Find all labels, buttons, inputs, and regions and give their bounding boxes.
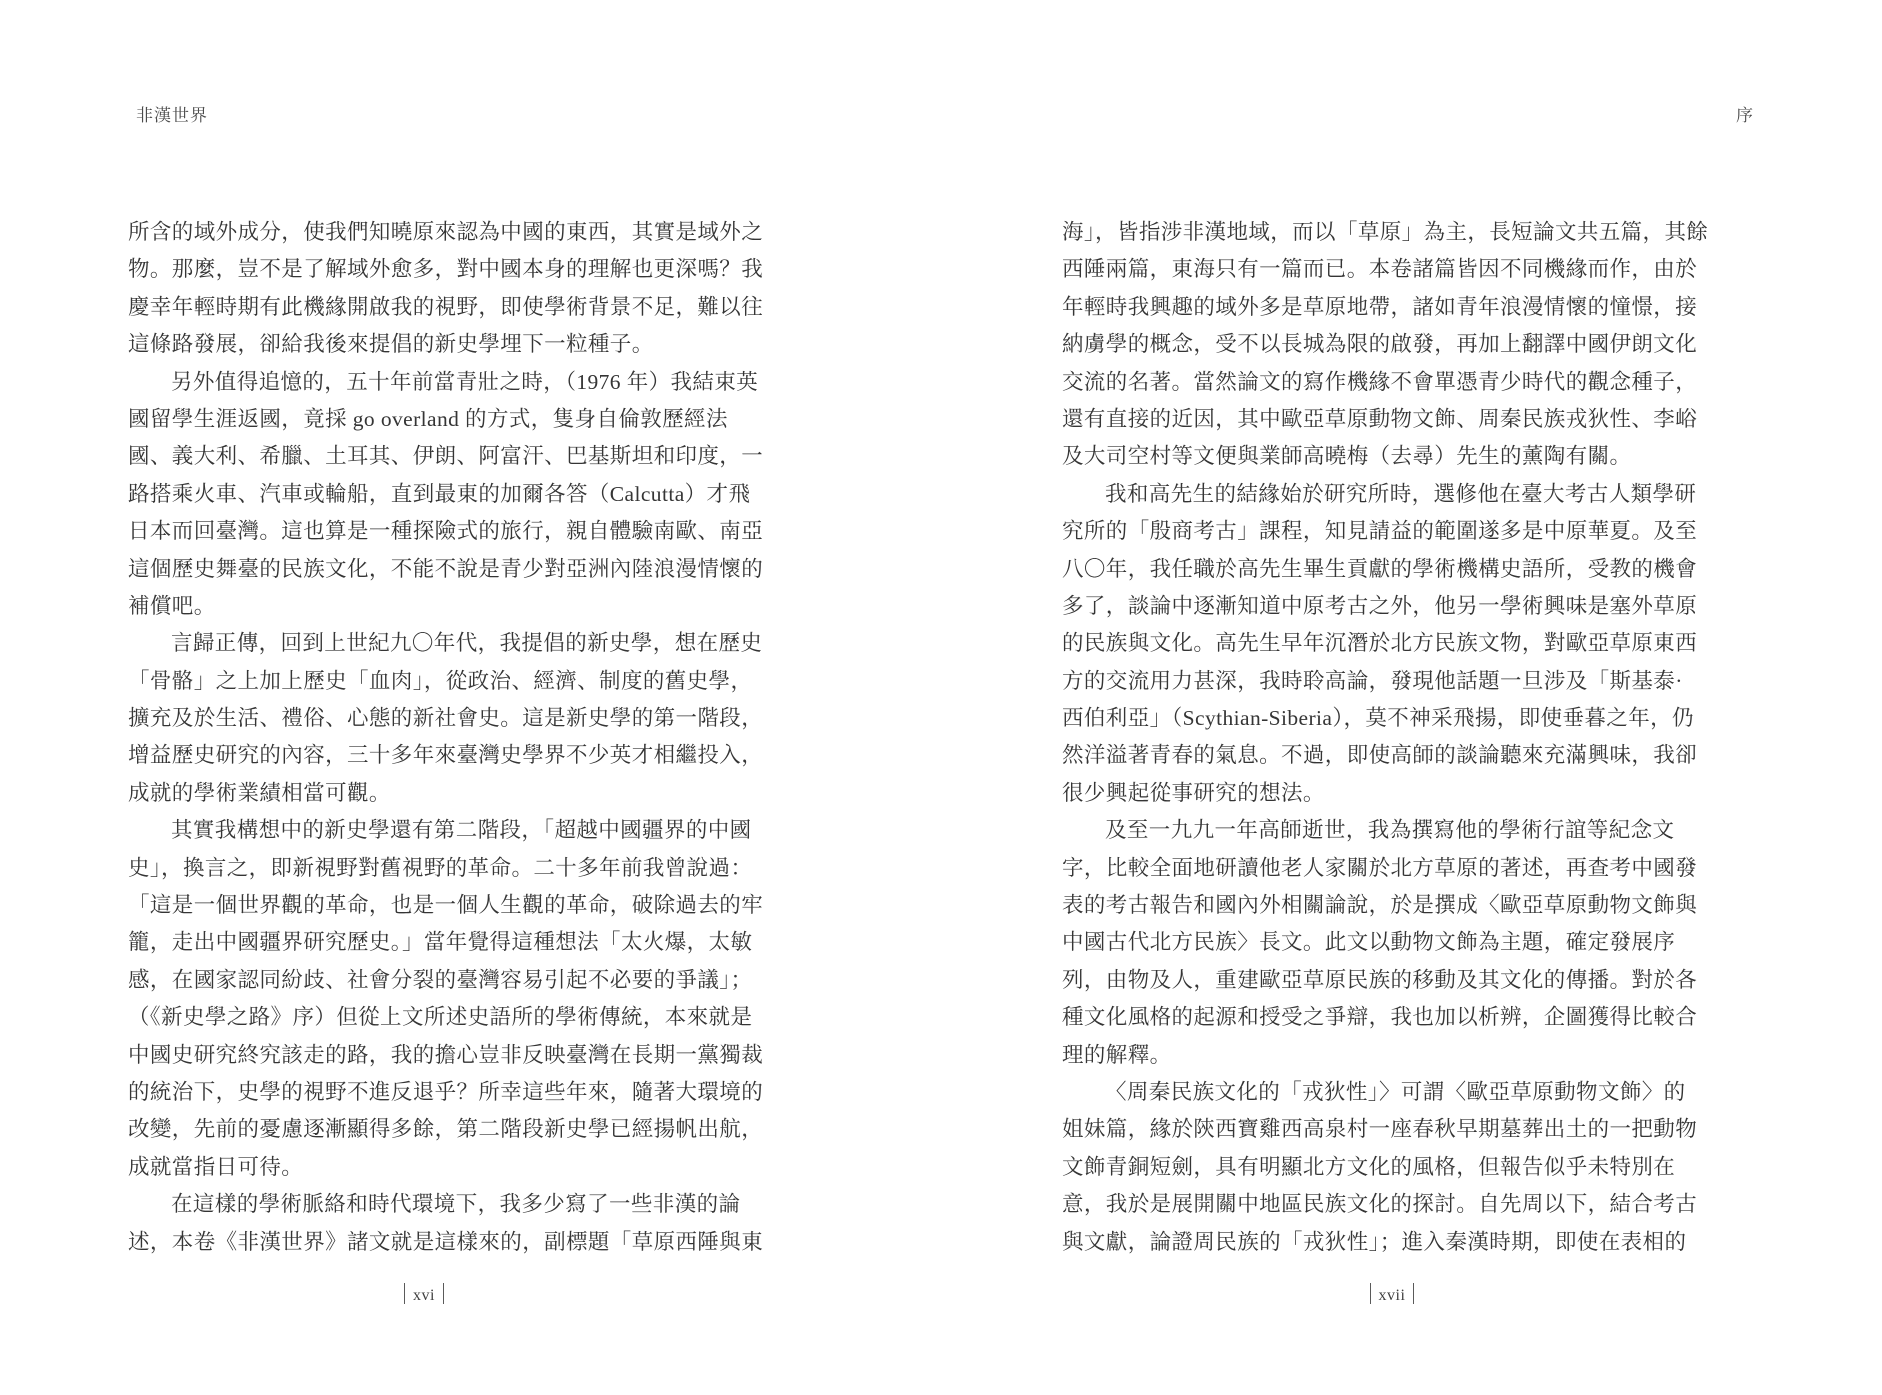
text-line: 補償吧。 [128, 588, 776, 625]
text-line: （《新史學之路》序）但從上文所述史語所的學術傳統，本來就是 [128, 999, 776, 1036]
text-line: 八〇年，我任職於高先生畢生貢獻的學術機構史語所，受教的機會 [1062, 551, 1722, 588]
book-spread: 非漢世界 所含的域外成分，使我們知曉原來認為中國的東西，其實是域外之物。那麼，豈… [0, 0, 1882, 1395]
text-line: 中國古代北方民族〉長文。此文以動物文飾為主題，確定發展序 [1062, 924, 1722, 961]
text-block-right: 海」，皆指涉非漢地域，而以「草原」為主，長短論文共五篇，其餘西陲兩篇，東海只有一… [1062, 214, 1722, 1261]
text-line: 「骨骼」之上加上歷史「血肉」，從政治、經濟、制度的舊史學， [128, 663, 776, 700]
text-line: 交流的名著。當然論文的寫作機緣不會單憑青少時代的觀念種子， [1062, 364, 1722, 401]
running-header-left: 非漢世界 [136, 101, 208, 126]
running-header-right: 序 [1736, 101, 1754, 126]
text-line: 年輕時我興趣的域外多是草原地帶，諸如青年浪漫情懷的憧憬，接 [1062, 289, 1722, 326]
text-line: 列，由物及人，重建歐亞草原民族的移動及其文化的傳播。對於各 [1062, 962, 1722, 999]
folio-number: xvii [1379, 1287, 1406, 1305]
folio-bar-icon [1413, 1283, 1414, 1304]
text-line: 的統治下，史學的視野不進反退乎？所幸這些年來，隨著大環境的 [128, 1074, 776, 1111]
text-line: 及大司空村等文便與業師高曉梅（去尋）先生的薰陶有關。 [1062, 438, 1722, 475]
text-line: 字，比較全面地研讀他老人家關於北方草原的著述，再查考中國發 [1062, 850, 1722, 887]
text-line: 我和高先生的結緣始於研究所時，選修他在臺大考古人類學研 [1062, 476, 1722, 513]
text-line: 然洋溢著青春的氣息。不過，即使高師的談論聽來充滿興味，我卻 [1062, 737, 1722, 774]
text-line: 慶幸年輕時期有此機緣開啟我的視野，即使學術背景不足，難以往 [128, 289, 776, 326]
text-line: 言歸正傳，回到上世紀九〇年代，我提倡的新史學，想在歷史 [128, 625, 776, 662]
text-line: 方的交流用力甚深，我時聆高論，發現他話題一旦涉及「斯基泰· [1062, 663, 1722, 700]
text-line: 國留學生涯返國，竟採 go overland 的方式，隻身自倫敦歷經法 [128, 401, 776, 438]
text-line: 中國史研究終究該走的路，我的擔心豈非反映臺灣在長期一黨獨裁 [128, 1037, 776, 1074]
page-number-right: xvii [1062, 1285, 1722, 1306]
text-line: 成就當指日可待。 [128, 1149, 776, 1186]
text-line: 增益歷史研究的內容，三十多年來臺灣史學界不少英才相繼投入， [128, 737, 776, 774]
text-line: 表的考古報告和國內外相關論說，於是撰成〈歐亞草原動物文飾與 [1062, 887, 1722, 924]
text-line: 海」，皆指涉非漢地域，而以「草原」為主，長短論文共五篇，其餘 [1062, 214, 1722, 251]
folio-bar-icon [1370, 1283, 1371, 1304]
text-line: 文飾青銅短劍，具有明顯北方文化的風格，但報告似乎未特別在 [1062, 1149, 1722, 1186]
text-line: 的民族與文化。高先生早年沉潛於北方民族文物，對歐亞草原東西 [1062, 625, 1722, 662]
folio-bar-icon [404, 1283, 405, 1304]
text-line: 物。那麼，豈不是了解域外愈多，對中國本身的理解也更深嗎？我 [128, 251, 776, 288]
text-line: 這個歷史舞臺的民族文化，不能不說是青少對亞洲內陸浪漫情懷的 [128, 551, 776, 588]
text-line: 姐妹篇，緣於陝西寶雞西高泉村一座春秋早期墓葬出土的一把動物 [1062, 1111, 1722, 1148]
text-line: 很少興起從事研究的想法。 [1062, 775, 1722, 812]
folio-bar-icon [443, 1283, 444, 1304]
text-line: 史」，換言之，即新視野對舊視野的革命。二十多年前我曾說過： [128, 850, 776, 887]
text-line: 及至一九九一年高師逝世，我為撰寫他的學術行誼等紀念文 [1062, 812, 1722, 849]
folio-number: xvi [413, 1287, 435, 1305]
text-line: 其實我構想中的新史學還有第二階段，「超越中國疆界的中國 [128, 812, 776, 849]
text-line: 在這樣的學術脈絡和時代環境下，我多少寫了一些非漢的論 [128, 1186, 776, 1223]
text-line: 擴充及於生活、禮俗、心態的新社會史。這是新史學的第一階段， [128, 700, 776, 737]
text-line: 〈周秦民族文化的「戎狄性」〉可謂〈歐亞草原動物文飾〉的 [1062, 1074, 1722, 1111]
text-line: 述，本卷《非漢世界》諸文就是這樣來的，副標題「草原西陲與東 [128, 1224, 776, 1261]
text-line: 「這是一個世界觀的革命，也是一個人生觀的革命，破除過去的牢 [128, 887, 776, 924]
text-line: 感，在國家認同紛歧、社會分裂的臺灣容易引起不必要的爭議」； [128, 962, 776, 999]
text-line: 多了，談論中逐漸知道中原考古之外，他另一學術興味是塞外草原 [1062, 588, 1722, 625]
text-line: 意，我於是展開關中地區民族文化的探討。自先周以下，結合考古 [1062, 1186, 1722, 1223]
text-line: 究所的「殷商考古」課程，知見請益的範圍遂多是中原華夏。及至 [1062, 513, 1722, 550]
text-line: 這條路發展，卻給我後來提倡的新史學埋下一粒種子。 [128, 326, 776, 363]
text-line: 日本而回臺灣。這也算是一種探險式的旅行，親自體驗南歐、南亞 [128, 513, 776, 550]
text-line: 成就的學術業績相當可觀。 [128, 775, 776, 812]
text-block-left: 所含的域外成分，使我們知曉原來認為中國的東西，其實是域外之物。那麼，豈不是了解域… [128, 214, 776, 1261]
text-line: 還有直接的近因，其中歐亞草原動物文飾、周秦民族戎狄性、李峪 [1062, 401, 1722, 438]
page-number-left: xvi [100, 1285, 748, 1306]
text-line: 西陲兩篇，東海只有一篇而已。本卷諸篇皆因不同機緣而作，由於 [1062, 251, 1722, 288]
text-line: 西伯利亞」（Scythian-Siberia），莫不神采飛揚，即使垂暮之年，仍 [1062, 700, 1722, 737]
text-line: 路搭乘火車、汽車或輪船，直到最東的加爾各答（Calcutta）才飛 [128, 476, 776, 513]
text-line: 國、義大利、希臘、土耳其、伊朗、阿富汗、巴基斯坦和印度，一 [128, 438, 776, 475]
text-line: 籠，走出中國疆界研究歷史。」當年覺得這種想法「太火爆，太敏 [128, 924, 776, 961]
text-line: 納虜學的概念，受不以長城為限的啟發，再加上翻譯中國伊朗文化 [1062, 326, 1722, 363]
text-line: 改變，先前的憂慮逐漸顯得多餘，第二階段新史學已經揚帆出航， [128, 1111, 776, 1148]
text-line: 另外值得追憶的，五十年前當青壯之時，（1976 年）我結束英 [128, 364, 776, 401]
text-line: 理的解釋。 [1062, 1037, 1722, 1074]
text-line: 所含的域外成分，使我們知曉原來認為中國的東西，其實是域外之 [128, 214, 776, 251]
text-line: 種文化風格的起源和授受之爭辯，我也加以析辨，企圖獲得比較合 [1062, 999, 1722, 1036]
text-line: 與文獻，論證周民族的「戎狄性」；進入秦漢時期，即使在表相的 [1062, 1224, 1722, 1261]
